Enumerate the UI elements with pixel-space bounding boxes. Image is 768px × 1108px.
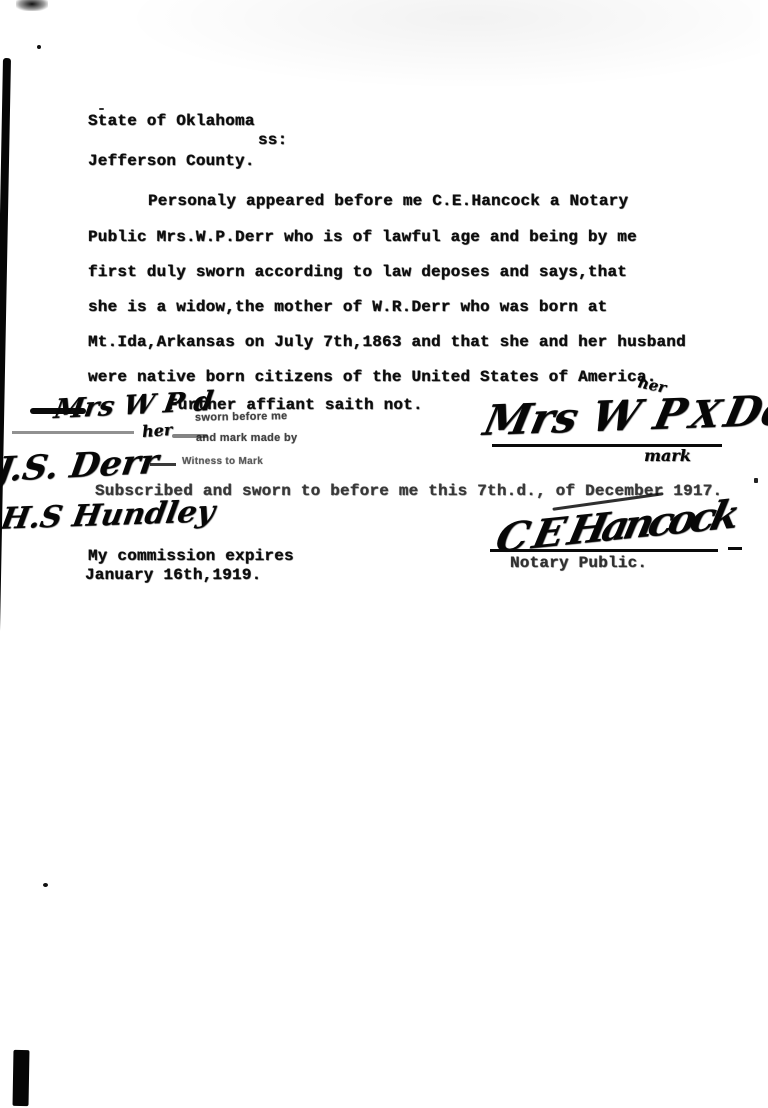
affiant-signature-surname: Derr [720, 384, 768, 437]
body-line-4: she is a widow,the mother of W.R.Derr wh… [88, 298, 607, 316]
document-scan-page: State of Oklahoma ss: Jefferson County. … [0, 0, 768, 1108]
scan-dot-4 [754, 478, 758, 483]
stamp-rule-faint [12, 431, 134, 434]
affiant-signature-underline [492, 444, 722, 447]
stamp-line-1: sworn before me [195, 410, 288, 424]
notary-underline-dash [728, 547, 742, 550]
body-line-3: first duly sworn according to law depose… [88, 263, 627, 281]
commission-line-2: January 16th,1919. [85, 566, 261, 584]
her-small-script: her [141, 420, 173, 441]
mark-annotation: mark [644, 446, 691, 465]
notary-signature-underline [490, 549, 718, 552]
venue-ss: ss: [258, 131, 287, 149]
scan-fold-line [0, 58, 11, 1058]
scan-wash-top [120, 0, 760, 90]
scan-dot-2 [99, 108, 104, 110]
body-line-5: Mt.Ida,Arkansas on July 7th,1863 and tha… [88, 333, 686, 351]
body-line-6: were native born citizens of the United … [88, 368, 657, 386]
notary-title: Notary Public. [510, 554, 647, 572]
scan-dot-1 [37, 45, 41, 49]
stamp-line-2: and mark made by [196, 432, 297, 444]
affiant-x-mark: X [686, 391, 725, 437]
left-script-signature: Mrs W P d [52, 386, 216, 425]
scan-smudge-top [16, 0, 48, 11]
venue-county: Jefferson County. [88, 152, 255, 170]
body-line-1: Personaly appeared before me C.E.Hancock… [148, 192, 628, 210]
witness-2-signature: H.S Hundley [0, 494, 218, 536]
stamp-line-3: Witness to Mark [182, 456, 263, 467]
commission-line-1: My commission expires [88, 547, 294, 565]
scan-fold-blob [13, 1050, 30, 1106]
venue-state: State of Oklahoma [88, 112, 255, 130]
body-line-2: Public Mrs.W.P.Derr who is of lawful age… [88, 228, 637, 246]
scan-dot-3 [43, 883, 48, 887]
affiant-signature-prefix: Mrs W P [479, 389, 691, 445]
